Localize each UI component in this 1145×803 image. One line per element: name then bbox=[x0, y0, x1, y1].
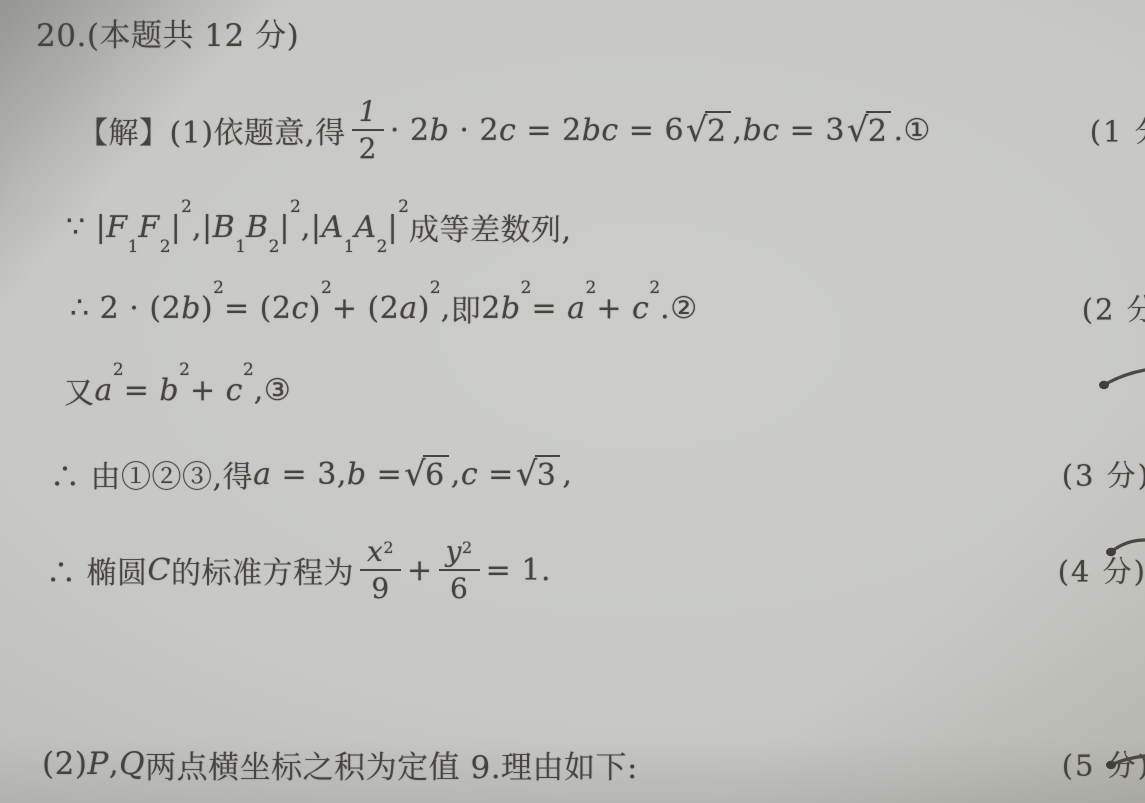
square-root: √3 bbox=[516, 455, 561, 493]
math-text: | bbox=[279, 210, 290, 245]
math-text: ,bc = 3 bbox=[733, 113, 845, 148]
subscript: 1 bbox=[128, 237, 139, 257]
superscript: 2 bbox=[586, 278, 597, 298]
chinese-text: 成等差数列, bbox=[409, 205, 572, 249]
math-text: , bbox=[562, 457, 572, 492]
math-text: , bbox=[254, 373, 264, 408]
superscript: 2 bbox=[430, 278, 441, 298]
score-label-1: (1 分) bbox=[1090, 110, 1145, 151]
chinese-text: 的标准方程为 bbox=[171, 548, 354, 592]
math-text: . bbox=[893, 113, 903, 148]
math-text: , bbox=[441, 291, 451, 326]
subscript: 2 bbox=[377, 237, 388, 257]
math-text: + bbox=[407, 553, 433, 588]
math-text: = (2c) bbox=[224, 291, 321, 326]
math-text: ∵ |F bbox=[66, 210, 128, 245]
superscript: 2 bbox=[113, 360, 124, 380]
solution-step-5-text: ∴ 由①②③,得 a = 3,b = √6,c = √3 , bbox=[50, 452, 572, 496]
solution-step-3-text: ∴ 2 · (2b)2 = (2c)2 + (2a)2,即 2b2 = a2 +… bbox=[70, 286, 698, 330]
score-label-3: (2 分) bbox=[1082, 288, 1145, 329]
chinese-text: 两点横坐标之积为定值 9.理由如下: bbox=[145, 742, 638, 787]
solution-step-6-text: ∴ 椭圆 C 的标准方程为x29+y26= 1. bbox=[46, 536, 551, 605]
chinese-text: (2) bbox=[42, 746, 87, 782]
subscript: 2 bbox=[160, 237, 171, 257]
question-header-line: 20.(本题共 12 分) bbox=[36, 8, 1145, 56]
math-text: F bbox=[138, 210, 159, 245]
chinese-text: ∴ 由①②③,得 bbox=[50, 452, 253, 496]
solution-step-5-line: ∴ 由①②③,得 a = 3,b = √6,c = √3 , (3 分) bbox=[50, 446, 1145, 502]
solution-step-6-line: ∴ 椭圆 C 的标准方程为x29+y26= 1. (4 分) bbox=[46, 514, 1145, 626]
part-2-claim-text: (2)P,Q 两点横坐标之积为定值 9.理由如下: bbox=[42, 742, 638, 787]
math-text: A bbox=[355, 210, 377, 245]
subscript: 2 bbox=[269, 237, 280, 257]
superscript: 2 bbox=[179, 360, 190, 380]
solution-step-3-line: ∴ 2 · (2b)2 = (2c)2 + (2a)2,即 2b2 = a2 +… bbox=[70, 282, 1145, 334]
fraction: 12 bbox=[352, 96, 384, 165]
chinese-text: ① bbox=[904, 113, 931, 148]
math-text: C bbox=[148, 553, 171, 588]
score-label-5: (3 分) bbox=[1062, 454, 1145, 495]
scanned-answer-page: 20.(本题共 12 分) 【解】(1)依题意,得12 · 2b · 2c = … bbox=[0, 0, 1145, 803]
math-text: P,Q bbox=[87, 746, 145, 782]
math-text: B bbox=[246, 210, 269, 245]
math-text: a = 3,b = bbox=[253, 457, 402, 492]
square-root: √2 bbox=[847, 111, 892, 149]
pen-tick-icon bbox=[1102, 750, 1145, 774]
solution-step-1-line: 【解】(1)依题意,得12 · 2b · 2c = 2bc = 6√2,bc =… bbox=[78, 84, 1145, 176]
math-text: + c bbox=[190, 373, 243, 408]
question-header-text: 20.(本题共 12 分) bbox=[36, 10, 299, 55]
solution-step-2-line: ∵ |F1F2|2,|B1B2|2,|A1A2|2 成等差数列, bbox=[66, 200, 1145, 254]
math-text: a bbox=[95, 373, 113, 408]
math-text: + c bbox=[596, 291, 649, 326]
solution-step-4-line: 又 a2 = b2 + c2 ,③ bbox=[64, 364, 1145, 416]
math-text: ,|B bbox=[192, 210, 235, 245]
math-text: = b bbox=[124, 373, 179, 408]
superscript: 2 bbox=[321, 278, 332, 298]
superscript: 2 bbox=[181, 197, 192, 217]
chinese-text: 20.(本题共 12 分) bbox=[36, 10, 299, 55]
math-text: . bbox=[660, 291, 670, 326]
square-root: √6 bbox=[404, 455, 449, 493]
chinese-text: 又 bbox=[64, 368, 95, 412]
pen-tick-icon bbox=[1102, 534, 1145, 562]
solution-step-2-text: ∵ |F1F2|2,|B1B2|2,|A1A2|2 成等差数列, bbox=[66, 205, 571, 249]
superscript: 2 bbox=[243, 360, 254, 380]
math-text: 2b bbox=[481, 291, 520, 326]
math-text: | bbox=[171, 210, 182, 245]
pen-tick-icon bbox=[1095, 366, 1145, 394]
subscript: 1 bbox=[235, 237, 246, 257]
math-text: · 2b · 2c = 2bc = 6 bbox=[390, 113, 684, 148]
math-text: ,c = bbox=[451, 457, 514, 492]
math-text: | bbox=[388, 210, 399, 245]
chinese-text: 即 bbox=[451, 286, 482, 330]
math-text: = a bbox=[531, 291, 585, 326]
superscript: 2 bbox=[290, 197, 301, 217]
chinese-text: ∴ 椭圆 bbox=[46, 548, 148, 592]
math-text: ∴ 2 · (2b) bbox=[70, 291, 213, 326]
part-2-claim-line: (2)P,Q 两点横坐标之积为定值 9.理由如下: (5 分) bbox=[42, 736, 1145, 792]
solution-step-4-text: 又 a2 = b2 + c2 ,③ bbox=[64, 368, 291, 412]
square-root: √2 bbox=[686, 111, 731, 149]
chinese-text: ② bbox=[670, 291, 697, 326]
fraction: y26 bbox=[439, 536, 480, 605]
superscript: 2 bbox=[213, 278, 224, 298]
solution-step-1-text: 【解】(1)依题意,得12 · 2b · 2c = 2bc = 6√2,bc =… bbox=[78, 96, 931, 165]
superscript: 2 bbox=[521, 278, 532, 298]
subscript: 1 bbox=[344, 237, 355, 257]
superscript: 2 bbox=[649, 278, 660, 298]
math-text: = 1. bbox=[486, 553, 551, 588]
fraction: x29 bbox=[360, 536, 401, 605]
chinese-text: 【解】(1)依题意,得 bbox=[78, 108, 346, 152]
chinese-text: ③ bbox=[264, 373, 291, 408]
superscript: 2 bbox=[398, 197, 409, 217]
math-text: + (2a) bbox=[332, 291, 430, 326]
math-text: ,|A bbox=[301, 210, 344, 245]
